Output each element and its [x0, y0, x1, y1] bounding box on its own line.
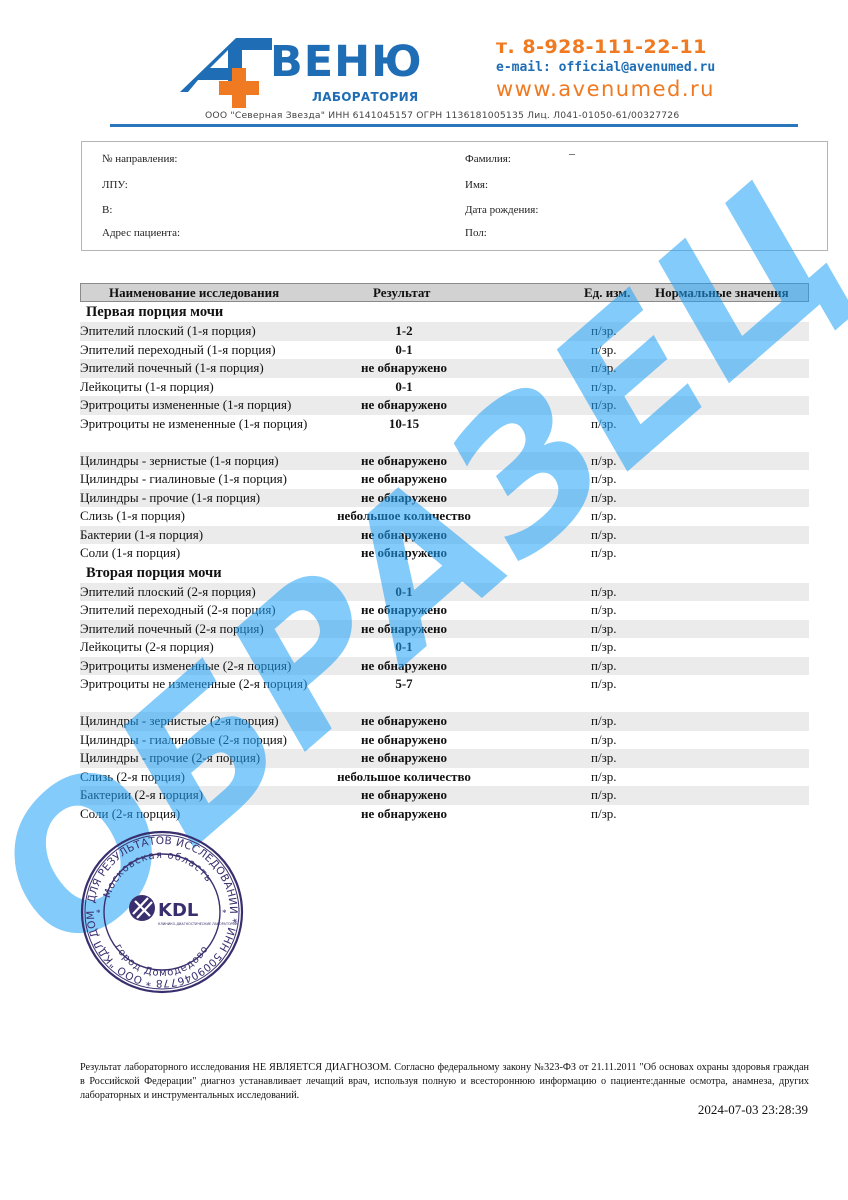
test-result: 5-7 — [310, 675, 498, 694]
header-normal-values: Нормальные значения — [655, 285, 789, 301]
table-row: Эпителий переходный (2-я порция)не обнар… — [80, 601, 809, 620]
table-row: Соли (2-я порция)не обнаруженоп/зр. — [80, 805, 809, 824]
test-result: небольшое количество — [310, 768, 498, 787]
test-name: Эпителий переходный (1-я порция) — [80, 341, 315, 360]
test-result: не обнаружено — [310, 620, 498, 639]
table-row: Эпителий почечный (1-я порция)не обнаруж… — [80, 359, 809, 378]
header-divider — [110, 124, 798, 127]
test-name: Эритроциты измененные (1-я порция) — [80, 396, 315, 415]
test-unit: п/зр. — [591, 620, 616, 639]
test-name: Бактерии (2-я порция) — [80, 786, 315, 805]
test-unit: п/зр. — [591, 322, 616, 341]
test-name: Эпителий почечный (1-я порция) — [80, 359, 315, 378]
test-result: не обнаружено — [310, 396, 498, 415]
disclaimer-text: Результат лабораторного исследования НЕ … — [80, 1061, 809, 1103]
table-row: Эритроциты не измененные (1-я порция)10-… — [80, 415, 809, 452]
test-unit: п/зр. — [591, 731, 616, 750]
test-unit: п/зр. — [591, 489, 616, 508]
results-table: Наименование исследования Результат Ед. … — [80, 283, 809, 823]
email-address: e-mail: official@avenumed.ru — [496, 59, 806, 77]
test-unit: п/зр. — [591, 452, 616, 471]
test-result: не обнаружено — [310, 526, 498, 545]
birth-date-label: Дата рождения: — [465, 204, 538, 216]
test-name: Эпителий почечный (2-я порция) — [80, 620, 315, 639]
svg-text:*: * — [96, 908, 101, 918]
letterhead: ВЕНЮ ЛАБОРАТОРИЯ т. 8-928-111-22-11 e-ma… — [110, 28, 800, 128]
table-row: Цилиндры - зернистые (2-я порция)не обна… — [80, 712, 809, 731]
test-name: Соли (2-я порция) — [80, 805, 315, 824]
test-result: не обнаружено — [310, 749, 498, 768]
section-title: Первая порция мочи — [80, 302, 809, 322]
table-row: Эпителий почечный (2-я порция)не обнаруж… — [80, 620, 809, 639]
table-row: Эпителий переходный (1-я порция)0-1п/зр. — [80, 341, 809, 360]
svg-text:*: * — [222, 908, 227, 918]
table-row: Слизь (1-я порция)небольшое количествоп/… — [80, 507, 809, 526]
test-result: не обнаружено — [310, 544, 498, 563]
test-name: Эпителий плоский (2-я порция) — [80, 583, 315, 602]
phone-number: т. 8-928-111-22-11 — [496, 36, 806, 58]
test-unit: п/зр. — [591, 378, 616, 397]
table-body: Первая порция мочиЭпителий плоский (1-я … — [80, 302, 809, 823]
test-name: Цилиндры - прочие (2-я порция) — [80, 749, 315, 768]
organization-details: ООО "Северная Звезда" ИНН 6141045157 ОГР… — [205, 110, 679, 121]
test-unit: п/зр. — [591, 675, 616, 694]
website-url: www.avenumed.ru — [496, 77, 806, 101]
table-row: Эпителий плоский (1-я порция)1-2п/зр. — [80, 322, 809, 341]
patient-address-label: Адрес пациента: — [102, 227, 180, 239]
test-name: Цилиндры - гиалиновые (2-я порция) — [80, 731, 315, 750]
lpu-label: ЛПУ: — [102, 179, 128, 191]
table-row: Цилиндры - прочие (2-я порция)не обнаруж… — [80, 749, 809, 768]
table-row: Цилиндры - гиалиновые (2-я порция)не обн… — [80, 731, 809, 750]
table-row: Бактерии (2-я порция)не обнаруженоп/зр. — [80, 786, 809, 805]
stamp-seal-icon: ДЛЯ РЕЗУЛЬТАТОВ ИССЛЕДОВАНИЙ * ИНН 50090… — [78, 828, 246, 996]
test-name: Эпителий переходный (2-я порция) — [80, 601, 315, 620]
header-result: Результат — [373, 285, 430, 301]
test-name: Эпителий плоский (1-я порция) — [80, 322, 315, 341]
test-result: не обнаружено — [310, 601, 498, 620]
test-name: Цилиндры - прочие (1-я порция) — [80, 489, 315, 508]
test-name: Лейкоциты (1-я порция) — [80, 378, 315, 397]
test-unit: п/зр. — [591, 470, 616, 489]
test-result: 0-1 — [310, 341, 498, 360]
test-name: Слизь (1-я порция) — [80, 507, 315, 526]
test-result: не обнаружено — [310, 731, 498, 750]
test-unit: п/зр. — [591, 657, 616, 676]
test-result: 1-2 — [310, 322, 498, 341]
v-label: В: — [102, 204, 112, 216]
test-result: 0-1 — [310, 378, 498, 397]
test-name: Цилиндры - зернистые (1-я порция) — [80, 452, 315, 471]
test-unit: п/зр. — [591, 359, 616, 378]
surname-value: – — [569, 146, 575, 161]
test-name: Эритроциты не измененные (2-я порция) — [80, 675, 315, 694]
test-unit: п/зр. — [591, 768, 616, 787]
test-unit: п/зр. — [591, 507, 616, 526]
test-result: не обнаружено — [310, 452, 498, 471]
table-row: Эритроциты измененные (1-я порция)не обн… — [80, 396, 809, 415]
sex-label: Пол: — [465, 227, 487, 239]
test-unit: п/зр. — [591, 601, 616, 620]
svg-text:КЛИНИКО-ДИАГНОСТИЧЕСКИЕ ЛАБОРА: КЛИНИКО-ДИАГНОСТИЧЕСКИЕ ЛАБОРАТОРИИ — [158, 922, 238, 926]
logo-a-plus-icon — [172, 36, 282, 108]
test-unit: п/зр. — [591, 712, 616, 731]
test-result: 0-1 — [310, 638, 498, 657]
test-unit: п/зр. — [591, 526, 616, 545]
test-result: не обнаружено — [310, 359, 498, 378]
test-unit: п/зр. — [591, 396, 616, 415]
referral-number-label: № направления: — [102, 153, 177, 165]
test-result: 10-15 — [310, 415, 498, 434]
test-name: Соли (1-я порция) — [80, 544, 315, 563]
test-unit: п/зр. — [591, 638, 616, 657]
test-unit: п/зр. — [591, 415, 616, 434]
table-header: Наименование исследования Результат Ед. … — [80, 283, 809, 302]
table-row: Слизь (2-я порция)небольшое количествоп/… — [80, 768, 809, 787]
table-row: Цилиндры - гиалиновые (1-я порция)не обн… — [80, 470, 809, 489]
test-result: не обнаружено — [310, 657, 498, 676]
test-unit: п/зр. — [591, 786, 616, 805]
table-row: Лейкоциты (2-я порция)0-1п/зр. — [80, 638, 809, 657]
patient-info-box: № направления: ЛПУ: В: Адрес пациента: Ф… — [81, 141, 828, 251]
test-name: Эритроциты измененные (2-я порция) — [80, 657, 315, 676]
table-row: Эпителий плоский (2-я порция)0-1п/зр. — [80, 583, 809, 602]
test-result: не обнаружено — [310, 470, 498, 489]
test-result: 0-1 — [310, 583, 498, 602]
test-result: не обнаружено — [310, 489, 498, 508]
svg-text:KDL: KDL — [158, 900, 198, 921]
test-unit: п/зр. — [591, 805, 616, 824]
table-row: Эритроциты не измененные (2-я порция)5-7… — [80, 675, 809, 712]
table-row: Цилиндры - прочие (1-я порция)не обнаруж… — [80, 489, 809, 508]
surname-label: Фамилия: — [465, 153, 511, 165]
table-row: Лейкоциты (1-я порция)0-1п/зр. — [80, 378, 809, 397]
report-timestamp: 2024-07-03 23:28:39 — [698, 1102, 808, 1118]
table-row: Соли (1-я порция)не обнаруженоп/зр. — [80, 544, 809, 563]
test-unit: п/зр. — [591, 341, 616, 360]
table-row: Бактерии (1-я порция)не обнаруженоп/зр. — [80, 526, 809, 545]
section-title: Вторая порция мочи — [80, 563, 809, 583]
test-unit: п/зр. — [591, 749, 616, 768]
test-name: Цилиндры - зернистые (2-я порция) — [80, 712, 315, 731]
test-name: Бактерии (1-я порция) — [80, 526, 315, 545]
table-row: Цилиндры - зернистые (1-я порция)не обна… — [80, 452, 809, 471]
test-result: не обнаружено — [310, 805, 498, 824]
first-name-label: Имя: — [465, 179, 488, 191]
contacts: т. 8-928-111-22-11 e-mail: official@aven… — [496, 36, 806, 101]
test-name: Слизь (2-я порция) — [80, 768, 315, 787]
test-result: небольшое количество — [310, 507, 498, 526]
test-result: не обнаружено — [310, 712, 498, 731]
table-row: Эритроциты измененные (2-я порция)не обн… — [80, 657, 809, 676]
logo-wordmark: ВЕНЮ — [270, 38, 423, 86]
logo-subtitle: ЛАБОРАТОРИЯ — [312, 90, 418, 104]
test-name: Цилиндры - гиалиновые (1-я порция) — [80, 470, 315, 489]
test-unit: п/зр. — [591, 544, 616, 563]
header-test-name: Наименование исследования — [109, 285, 279, 301]
header-unit: Ед. изм. — [584, 285, 630, 301]
test-name: Эритроциты не измененные (1-я порция) — [80, 415, 315, 434]
test-name: Лейкоциты (2-я порция) — [80, 638, 315, 657]
avenu-logo: ВЕНЮ ЛАБОРАТОРИЯ — [172, 36, 442, 108]
test-unit: п/зр. — [591, 583, 616, 602]
test-result: не обнаружено — [310, 786, 498, 805]
laboratory-stamp: ДЛЯ РЕЗУЛЬТАТОВ ИССЛЕДОВАНИЙ * ИНН 50090… — [78, 828, 246, 996]
